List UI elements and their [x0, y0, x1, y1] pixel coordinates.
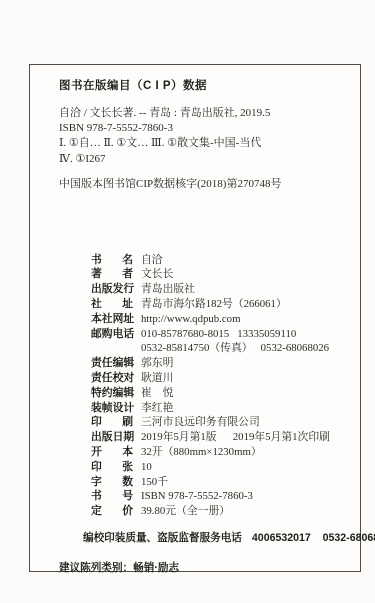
field-label: 开本: [91, 445, 133, 460]
field-label: 邮购电话: [91, 327, 133, 342]
field-label: 出版日期: [91, 430, 133, 445]
field-label: 本社网址: [91, 312, 133, 327]
field-value: 自洽: [141, 254, 163, 266]
field-value: 0532-85814750（传真） 0532-68068026: [141, 342, 329, 354]
field-value: 青岛市海尔路182号（266061）: [141, 298, 287, 310]
shelving-category-line: 建议陈列类别：畅销·励志: [59, 561, 350, 576]
field-value: 10: [141, 461, 152, 473]
field-value: 耿道川: [141, 372, 173, 384]
cip-record-block: 自洽 / 文长长著. -- 青岛 : 青岛出版社, 2019.5 ISBN 97…: [59, 106, 350, 167]
quality-hotline-label: 编校印装质量、盗版监督服务电话: [83, 532, 242, 544]
field-label: 著者: [91, 267, 133, 282]
field-value: 文长长: [141, 268, 173, 280]
field-label: 出版发行: [91, 282, 133, 297]
field-value: http://www.qdpub.com: [141, 313, 240, 325]
footer-block: 编校印装质量、盗版监督服务电话4006532017 0532-68068638 …: [59, 514, 350, 576]
field-label: 书名: [91, 253, 133, 268]
field-value: 李红艳: [141, 402, 173, 414]
field-label: 印刷: [91, 415, 133, 430]
cip-description-line: 自洽 / 文长长著. -- 青岛 : 青岛出版社, 2019.5: [59, 106, 350, 121]
cip-registry-number: 中国版本图书馆CIP数据核字(2018)第270748号: [59, 177, 350, 192]
cip-title: 图书在版编目（C I P）数据: [59, 79, 350, 94]
field-label: 印张: [91, 460, 133, 475]
field-value: 150千: [141, 476, 168, 488]
field-value: 三河市良远印务有限公司: [141, 416, 260, 428]
field-value: 32开（880mm×1230mm）: [141, 446, 262, 458]
cip-isbn-line: ISBN 978-7-5552-7860-3: [59, 121, 350, 136]
book-copyright-page: { "cip": { "title": "图书在版编目（C I P）数据", "…: [0, 0, 375, 603]
field-value: 崔 悦: [141, 387, 173, 399]
field-value: 青岛出版社: [141, 283, 195, 295]
field-value: 39.80元（全一册）: [141, 505, 230, 517]
field-label: 定价: [91, 504, 133, 519]
field-value: 郭东明: [141, 357, 173, 369]
field-label: 责任校对: [91, 371, 133, 386]
field-value: 2019年5月第1版 2019年5月第1次印刷: [141, 431, 330, 443]
field-value: ISBN 978-7-5552-7860-3: [141, 490, 253, 502]
cip-class-number-line: Ⅳ. ①I267: [59, 152, 350, 167]
cip-classification-line: Ⅰ. ①自… Ⅱ. ①文… Ⅲ. ①散文集-中国-当代: [59, 136, 350, 151]
page-border-frame: 图书在版编目（C I P）数据 自洽 / 文长长著. -- 青岛 : 青岛出版社…: [29, 64, 361, 572]
field-value: 010-85787680-8015 13335059110: [141, 328, 296, 340]
colophon-row: 书名自洽: [59, 237, 350, 252]
field-label: 装帧设计: [91, 401, 133, 416]
quality-hotline-numbers: 4006532017 0532-68068638: [252, 532, 375, 544]
field-label: 特约编辑: [91, 386, 133, 401]
colophon-list: 书名自洽 著者文长长 出版发行青岛出版社 社址青岛市海尔路182号（266061…: [59, 237, 350, 503]
quality-hotline-line: 编校印装质量、盗版监督服务电话4006532017 0532-68068638: [59, 514, 350, 561]
field-label: 社址: [91, 297, 133, 312]
field-label: 书号: [91, 489, 133, 504]
field-label: 责任编辑: [91, 356, 133, 371]
field-label: 字数: [91, 475, 133, 490]
